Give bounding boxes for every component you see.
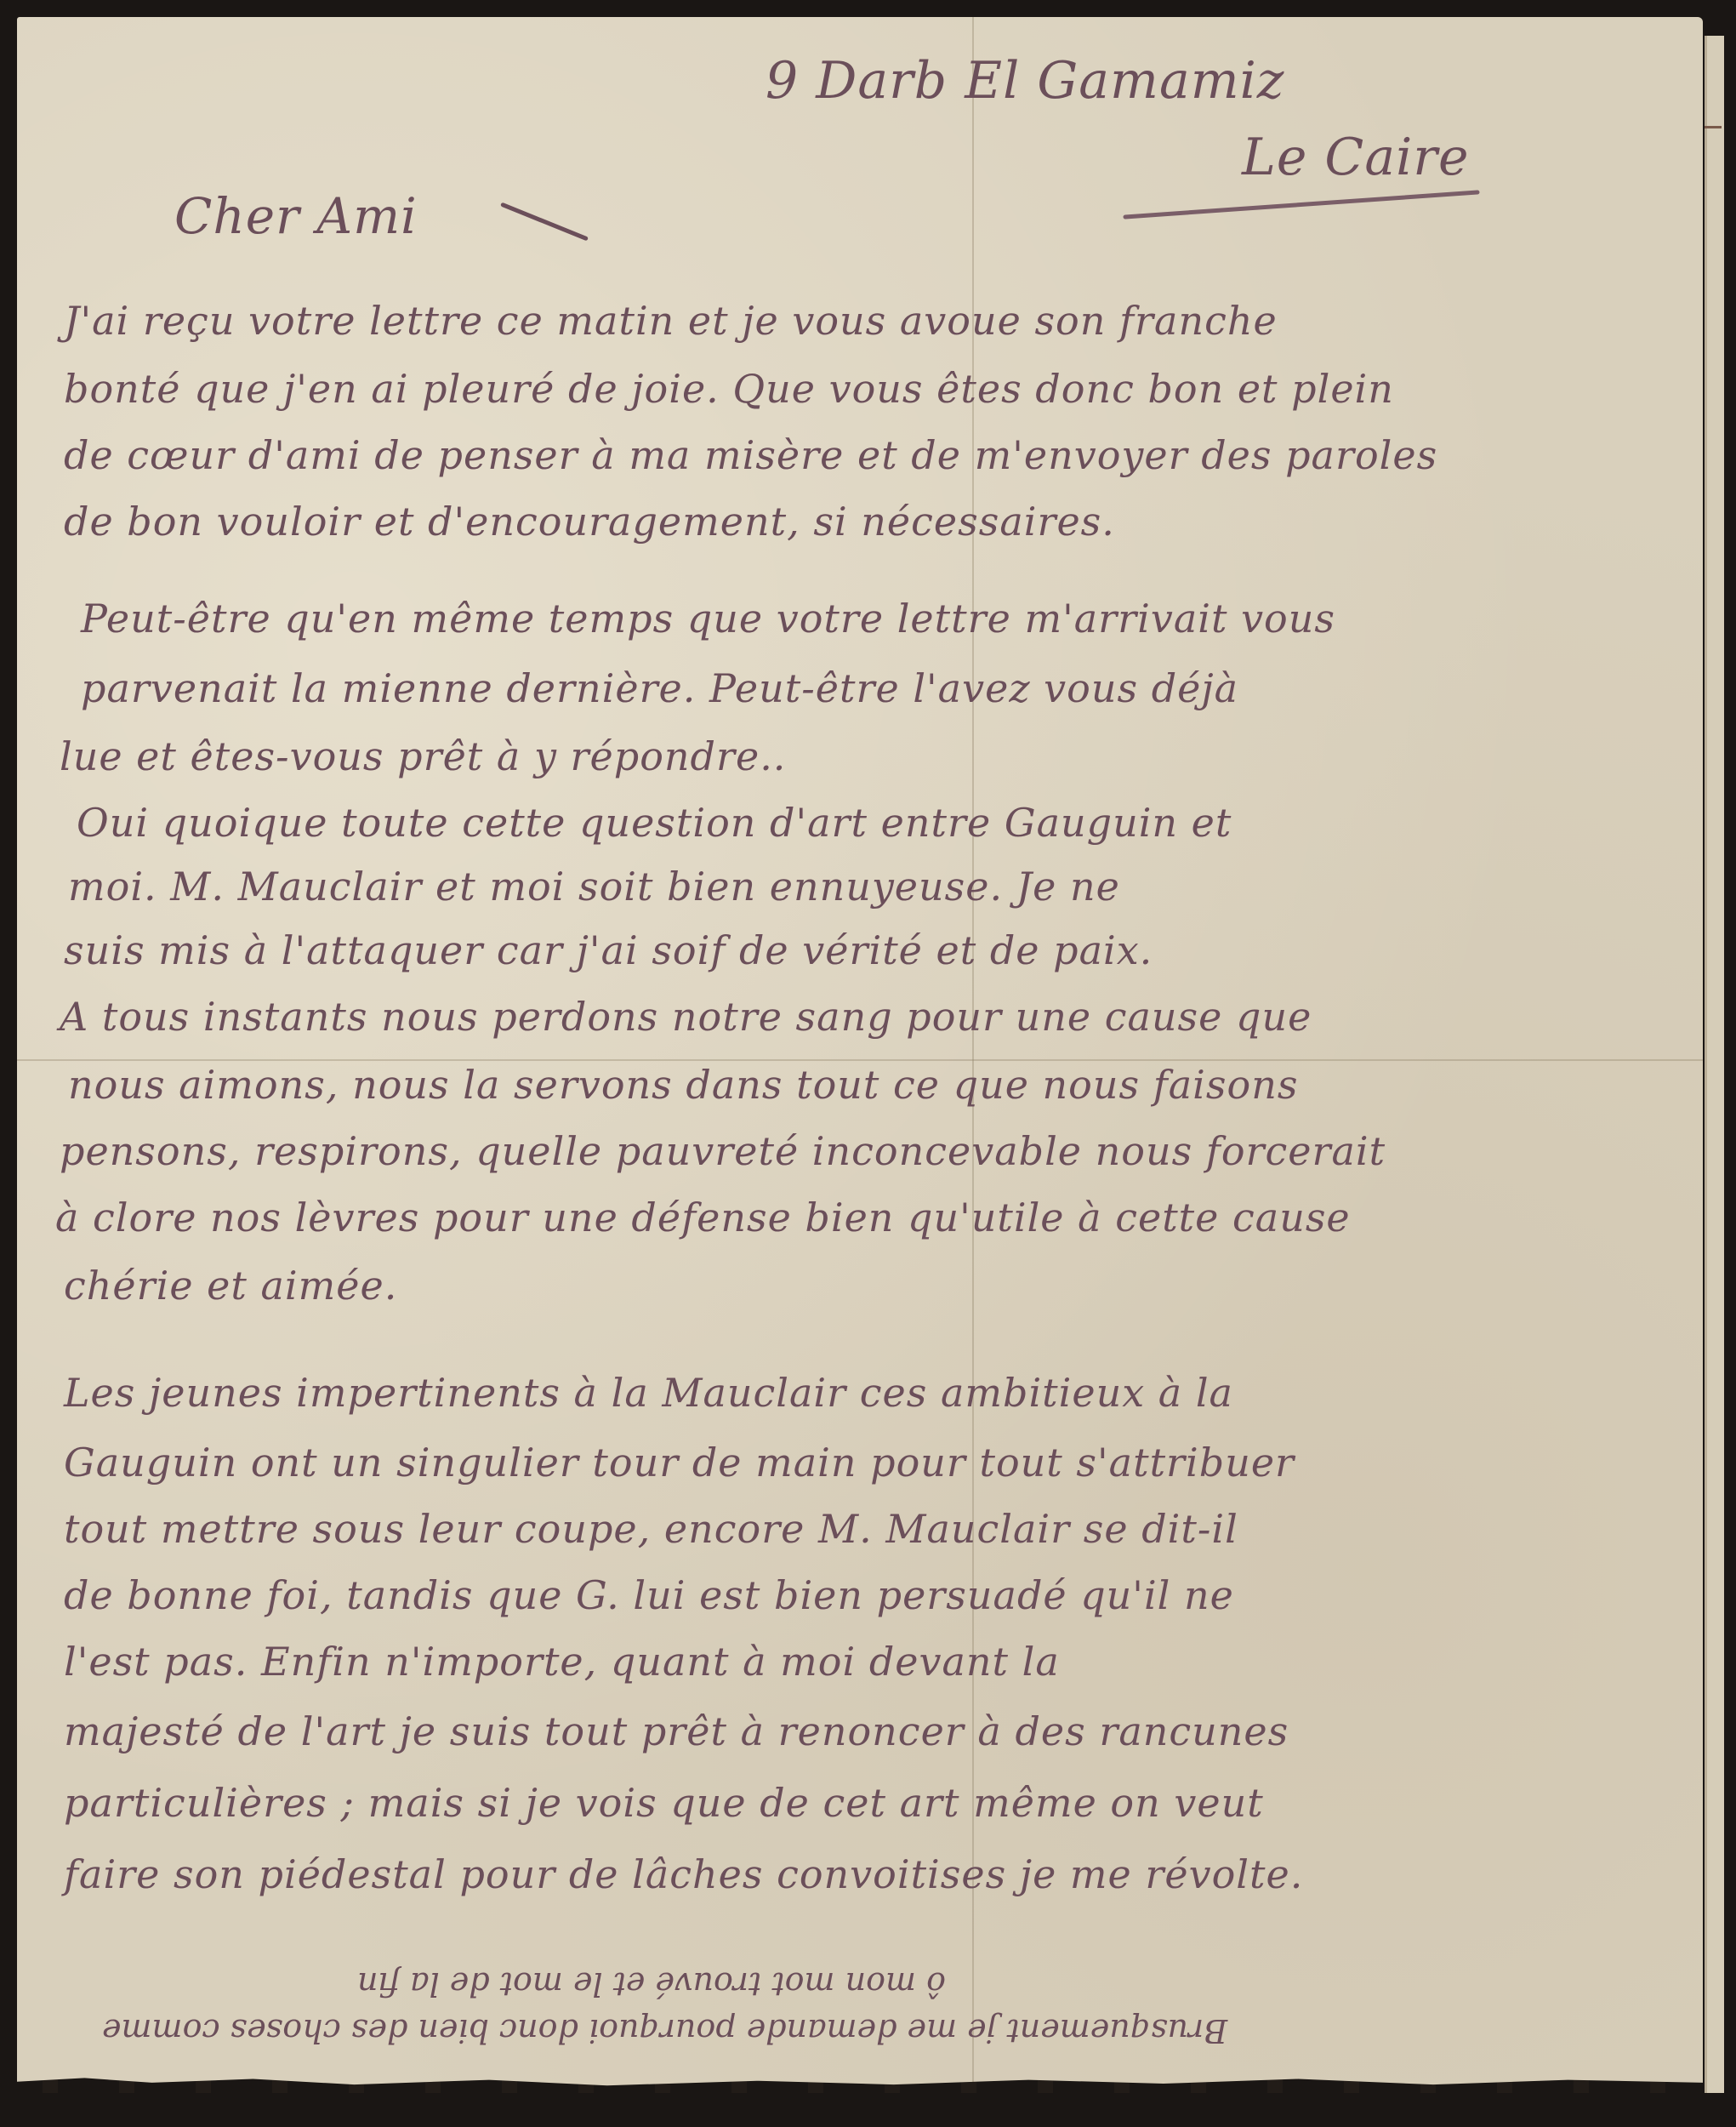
body-line: Gauguin ont un singulier tour de main po… [64, 1440, 1295, 1485]
salutation: Cher Ami [174, 187, 418, 245]
body-line: de bon vouloir et d'encouragement, si né… [64, 499, 1115, 545]
inverted-postscript-line: Brusquement je me demande pourquoi donc … [102, 2012, 1227, 2050]
body-line: Peut-être qu'en même temps que votre let… [81, 596, 1335, 642]
body-line: majesté de l'art je suis tout prêt à ren… [64, 1708, 1289, 1754]
body-line: particulières ; mais si je vois que de c… [64, 1780, 1264, 1826]
body-line: parvenait la mienne dernière. Peut-être … [81, 665, 1238, 711]
body-line: de bonne foi, tandis que G. lui est bien… [64, 1572, 1234, 1618]
body-line: lue et êtes-vous prêt à y répondre.. [60, 733, 786, 779]
body-line: A tous instants nous perdons notre sang … [60, 994, 1312, 1040]
body-line: l'est pas. Enfin n'importe, quant à moi … [64, 1639, 1060, 1685]
body-line: Les jeunes impertinents à la Mauclair ce… [64, 1370, 1233, 1416]
body-line: à clore nos lèvres pour une défense bien… [55, 1195, 1351, 1240]
body-line: tout mettre sous leur coupe, encore M. M… [64, 1506, 1238, 1552]
inverted-postscript-line: ô mon mot trouvé et le mot de la fin [357, 1965, 946, 2003]
letter-page: 9 Darb El Gamamiz Le Caire Cher Ami J'ai… [17, 17, 1703, 2091]
horizontal-fold-crease [17, 1059, 1703, 1061]
salutation-flourish [500, 202, 589, 242]
body-line: moi. M. Mauclair et moi soit bien ennuye… [68, 864, 1120, 910]
body-line: faire son piédestal pour de lâches convo… [64, 1851, 1303, 1897]
body-line: pensons, respirons, quelle pauvreté inco… [60, 1128, 1386, 1174]
sender-city: Le Caire [1242, 128, 1469, 187]
back-sheet-edge [1705, 36, 1724, 2093]
city-underline [1123, 190, 1479, 219]
body-line: chérie et aimée. [64, 1263, 397, 1309]
body-line: nous aimons, nous la servons dans tout c… [68, 1062, 1298, 1108]
sender-address: 9 Darb El Gamamiz [766, 51, 1284, 111]
body-line: Oui quoique toute cette question d'art e… [77, 800, 1232, 846]
torn-bottom-edge [17, 2074, 1703, 2093]
sheet-mark [1705, 126, 1722, 128]
body-line: de cœur d'ami de penser à ma misère et d… [64, 432, 1437, 478]
body-line: suis mis à l'attaquer car j'ai soif de v… [64, 927, 1153, 973]
body-line: bonté que j'en ai pleuré de joie. Que vo… [64, 366, 1394, 412]
body-line: J'ai reçu votre lettre ce matin et je vo… [64, 298, 1278, 344]
